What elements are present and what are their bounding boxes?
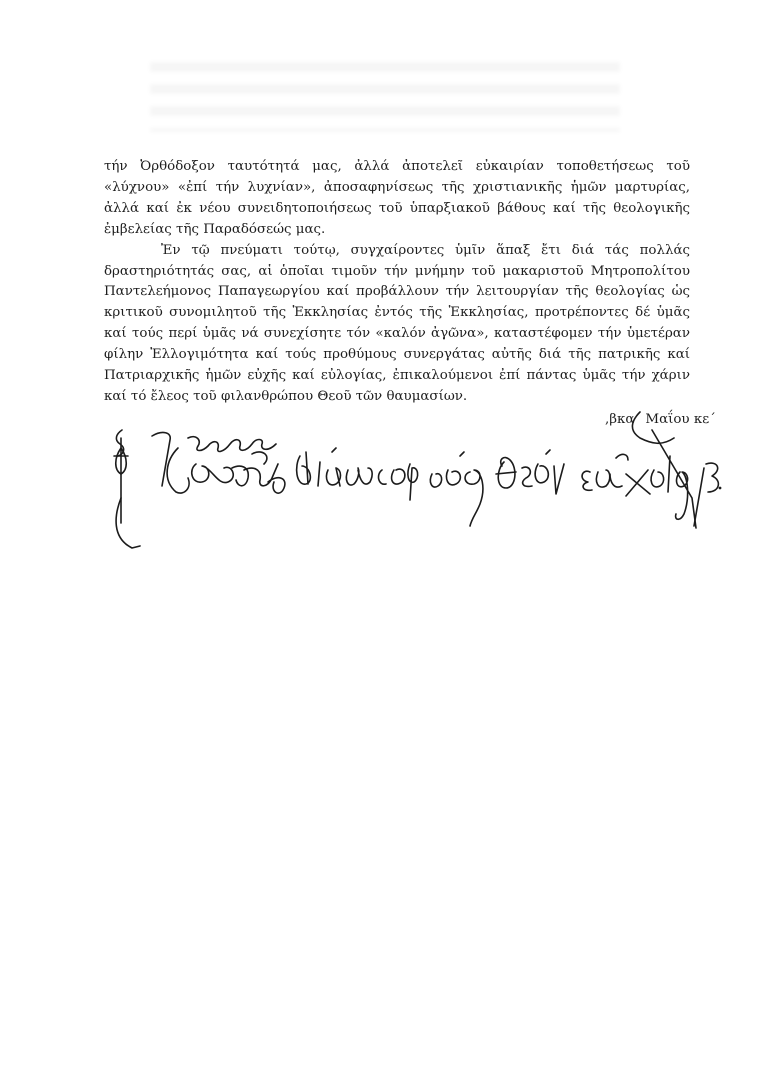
patriarch-signature bbox=[92, 408, 722, 558]
paragraph-closing-part-1: τήν Ὀρθόδοξον ταυτότητά μας, ἀλλά ἀποτελ… bbox=[104, 157, 690, 241]
signature-icon bbox=[92, 408, 722, 558]
paragraph-blessing: Ἐν τῷ πνεύματι τούτῳ, συγχαίροντες ὑμῖν … bbox=[104, 241, 690, 408]
letter-body: τήν Ὀρθόδοξον ταυτότητά μας, ἀλλά ἀποτελ… bbox=[104, 157, 690, 408]
reverse-side-bleed-through bbox=[150, 62, 620, 132]
letter-page: τήν Ὀρθόδοξον ταυτότητά μας, ἀλλά ἀποτελ… bbox=[0, 0, 770, 1089]
